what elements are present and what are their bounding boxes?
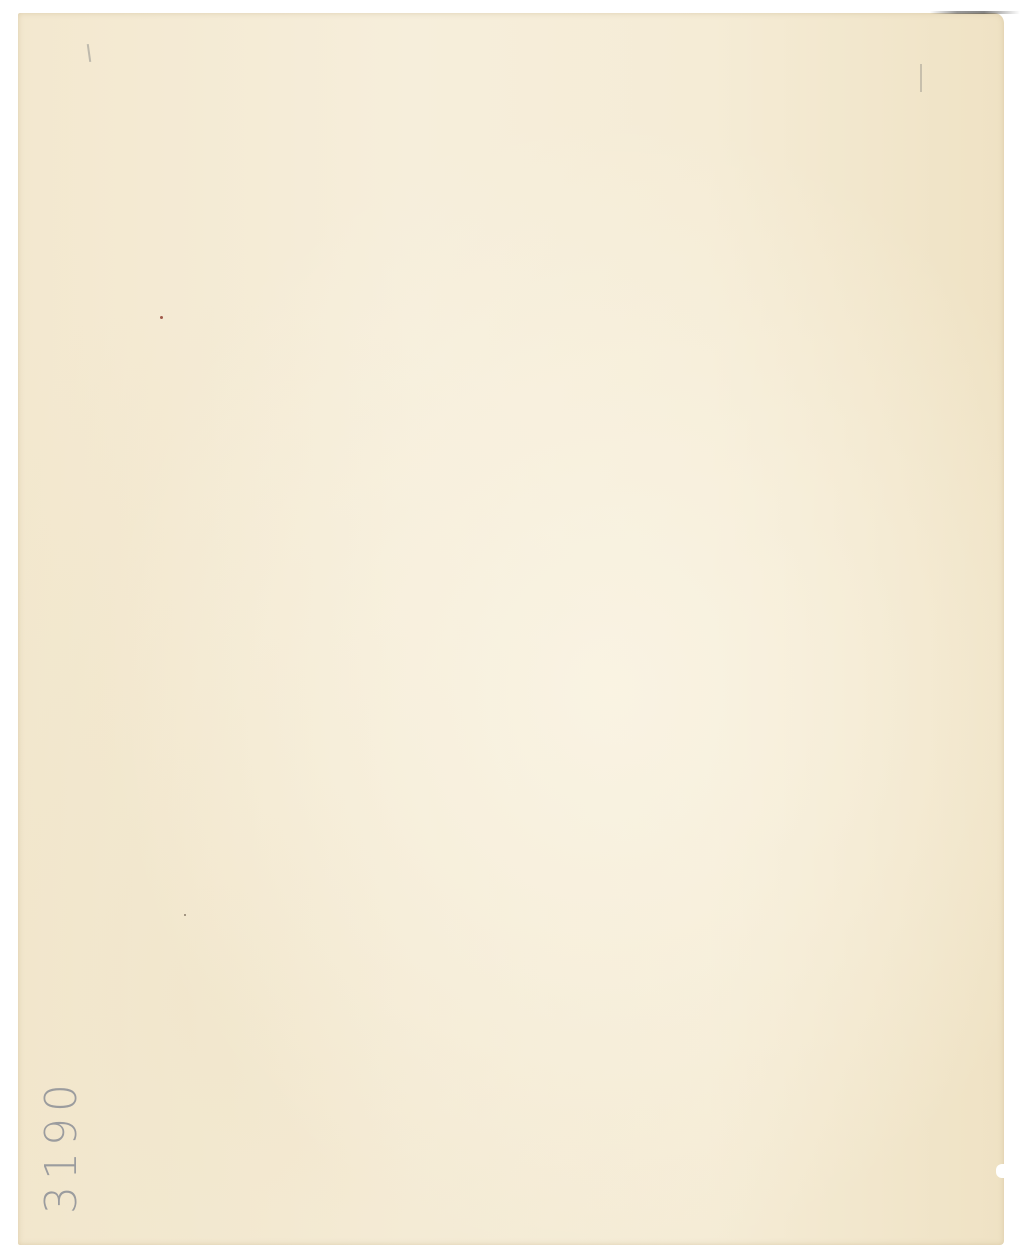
pencil-mark-right (920, 64, 922, 92)
handwritten-number: 3190 (36, 1094, 87, 1214)
paper-notch (996, 1164, 1008, 1178)
paper-speck (184, 914, 186, 916)
top-edge-smudge (930, 11, 1020, 14)
paper-sheet (18, 13, 1004, 1245)
paper-speck (160, 316, 163, 319)
